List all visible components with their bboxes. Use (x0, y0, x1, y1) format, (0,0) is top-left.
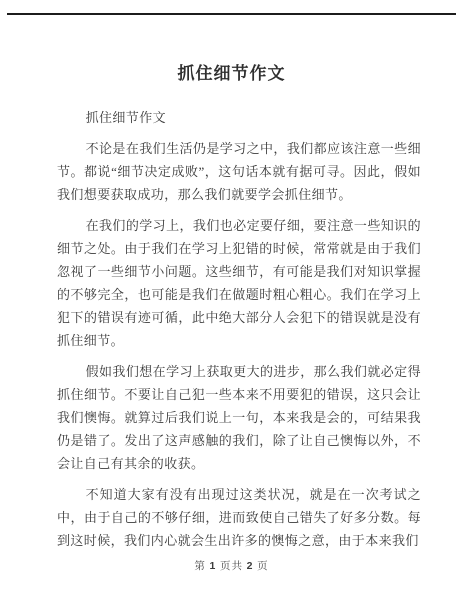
document-subtitle: 抓住细节作文 (57, 106, 421, 129)
paragraph: 在我们的学习上，我们也必定要仔细，要注意一些知识的细节之处。由于我们在学习上犯错… (57, 214, 421, 352)
paragraph: 不论是在我们生活仍是学习之中，我们都应该注意一些细节。都说“细节决定成败”，这句… (57, 137, 421, 206)
document-page: 抓住细节作文 抓住细节作文 不论是在我们生活仍是学习之中，我们都应该注意一些细节… (0, 0, 463, 600)
top-border-rule (7, 13, 456, 15)
paragraph: 不知道大家有没有出现过这类状况，就是在一次考试之中，由于自己的不够仔细，进而致使… (57, 483, 421, 552)
page-number-footer: 第 1 页共 2 页 (0, 558, 463, 573)
paragraph: 假如我们想在学习上获取更大的进步，那么我们就必定得抓住细节。不要让自己犯一些本来… (57, 360, 421, 475)
document-title: 抓住细节作文 (0, 59, 463, 84)
footer-suffix: 页 (253, 561, 268, 572)
document-body: 抓住细节作文 不论是在我们生活仍是学习之中，我们都应该注意一些细节。都说“细节决… (57, 106, 421, 560)
footer-middle: 页共 (216, 561, 246, 572)
footer-prefix: 第 (194, 561, 209, 572)
